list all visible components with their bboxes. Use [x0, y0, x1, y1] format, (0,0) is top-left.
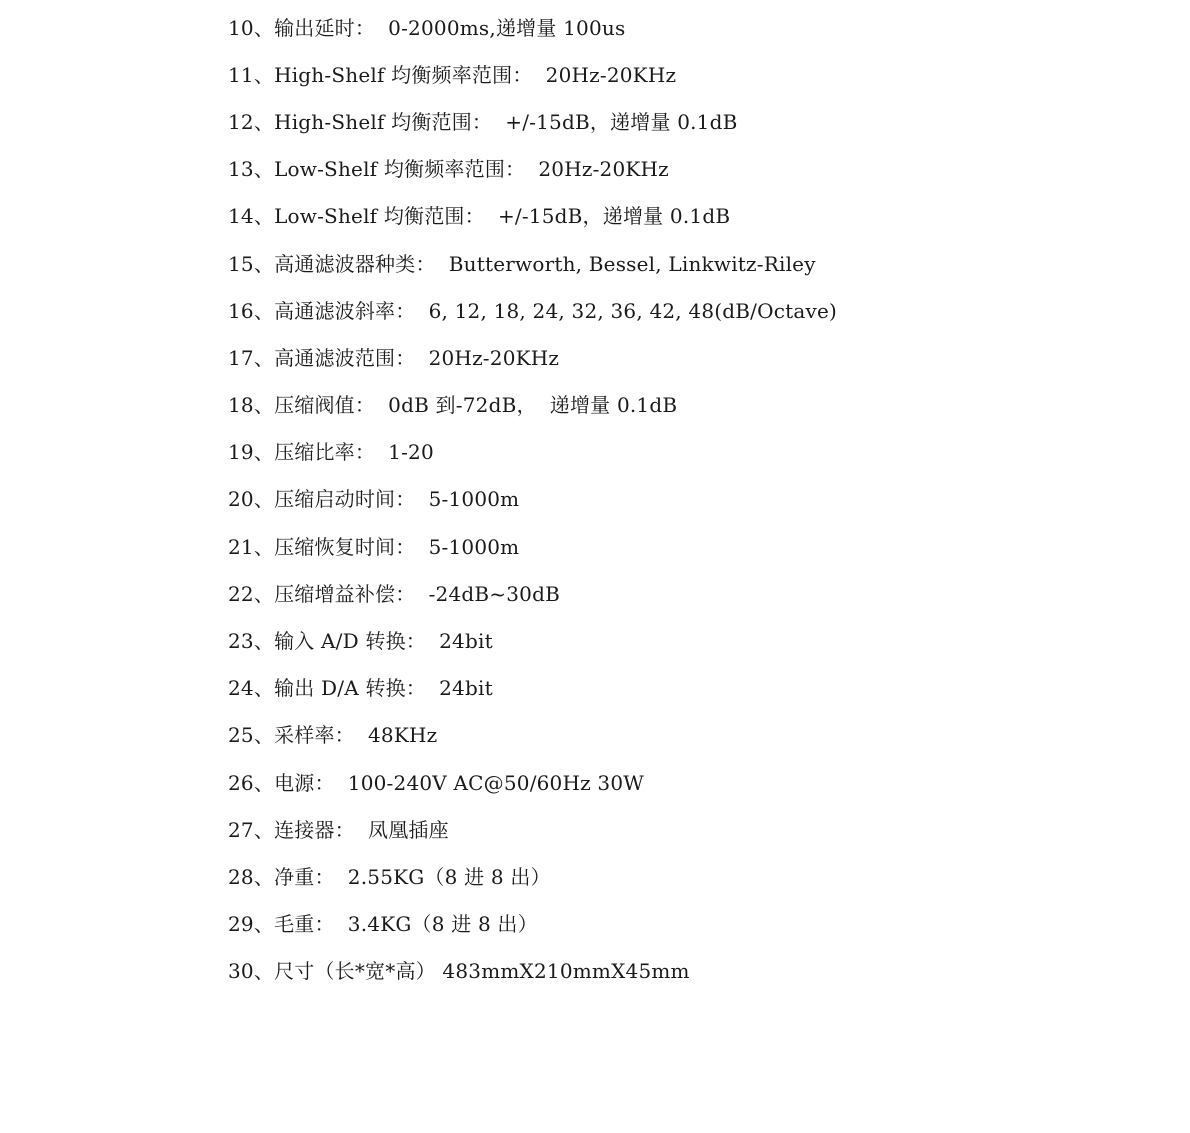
item-number: 26	[228, 768, 254, 798]
spec-item-comp-makeup-gain: 22、压缩增益补偿： -24dB~30dB	[228, 570, 837, 617]
spec-item-power: 26、电源： 100-240V AC@50/60Hz 30W	[228, 759, 837, 806]
item-value: 48KHz	[355, 720, 437, 750]
item-value: 0dB 到-72dB， 递增量 0.1dB	[375, 390, 677, 420]
item-number: 23	[228, 626, 254, 656]
spec-item-connector: 27、连接器： 凤凰插座	[228, 806, 837, 853]
item-number: 29	[228, 909, 254, 939]
item-separator: 、	[254, 673, 274, 703]
item-number: 25	[228, 720, 254, 750]
spec-item-comp-threshold: 18、压缩阀值： 0dB 到-72dB， 递增量 0.1dB	[228, 382, 837, 429]
item-separator: 、	[254, 296, 274, 326]
spec-item-gross-weight: 29、毛重： 3.4KG（8 进 8 出）	[228, 901, 837, 948]
item-separator: 、	[254, 579, 274, 609]
item-separator: 、	[254, 13, 274, 43]
spec-item-high-shelf-range: 12、High-Shelf 均衡范围： +/-15dB，递增量 0.1dB	[228, 98, 837, 145]
spec-item-sample-rate: 25、采样率： 48KHz	[228, 712, 837, 759]
spec-item-output-delay: 10、输出延时： 0-2000ms,递增量 100us	[228, 4, 837, 51]
spec-item-comp-ratio: 19、压缩比率： 1-20	[228, 429, 837, 476]
item-value: 20Hz-20KHz	[533, 60, 677, 90]
item-label: 高通滤波范围：	[274, 343, 415, 373]
item-number: 14	[228, 201, 254, 231]
item-value: 6, 12, 18, 24, 32, 36, 42, 48(dB/Octave)	[415, 296, 837, 326]
item-value: 凤凰插座	[355, 815, 449, 845]
item-separator: 、	[254, 201, 274, 231]
item-value: +/-15dB，递增量 0.1dB	[492, 107, 737, 137]
item-separator: 、	[254, 107, 274, 137]
item-number: 22	[228, 579, 254, 609]
item-separator: 、	[254, 532, 274, 562]
spec-list: 10、输出延时： 0-2000ms,递增量 100us 11、High-Shel…	[228, 4, 837, 995]
item-separator: 、	[254, 720, 274, 750]
item-separator: 、	[254, 343, 274, 373]
item-value: 1-20	[375, 437, 434, 467]
item-number: 13	[228, 154, 254, 184]
spec-item-comp-attack: 20、压缩启动时间： 5-1000m	[228, 476, 837, 523]
item-label: 输出 D/A 转换：	[274, 673, 426, 703]
item-value: 5-1000m	[415, 532, 519, 562]
item-value: 0-2000ms,递增量 100us	[375, 13, 625, 43]
item-label: 尺寸（长*宽*高）	[274, 956, 436, 986]
item-label: High-Shelf 均衡频率范围：	[274, 60, 532, 90]
item-label: 高通滤波斜率：	[274, 296, 415, 326]
item-number: 17	[228, 343, 254, 373]
item-value: 20Hz-20KHz	[415, 343, 559, 373]
item-label: 输出延时：	[274, 13, 375, 43]
item-number: 10	[228, 13, 254, 43]
item-label: 净重：	[274, 862, 335, 892]
item-number: 21	[228, 532, 254, 562]
item-number: 18	[228, 390, 254, 420]
item-number: 27	[228, 815, 254, 845]
item-label: Low-Shelf 均衡范围：	[274, 201, 485, 231]
item-number: 16	[228, 296, 254, 326]
item-label: 压缩比率：	[274, 437, 375, 467]
spec-item-hpf-range: 17、高通滤波范围： 20Hz-20KHz	[228, 334, 837, 381]
item-separator: 、	[254, 768, 274, 798]
item-value: 2.55KG（8 进 8 出）	[335, 862, 551, 892]
document-page: 10、输出延时： 0-2000ms,递增量 100us 11、High-Shel…	[0, 0, 1190, 1133]
item-value: 483mmX210mmX45mm	[436, 956, 690, 986]
spec-item-input-ad: 23、输入 A/D 转换： 24bit	[228, 617, 837, 664]
item-separator: 、	[254, 956, 274, 986]
item-separator: 、	[254, 909, 274, 939]
item-number: 24	[228, 673, 254, 703]
item-label: 连接器：	[274, 815, 355, 845]
item-separator: 、	[254, 154, 274, 184]
item-label: 毛重：	[274, 909, 335, 939]
item-label: 输入 A/D 转换：	[274, 626, 426, 656]
spec-item-high-shelf-freq: 11、High-Shelf 均衡频率范围： 20Hz-20KHz	[228, 51, 837, 98]
spec-item-low-shelf-freq: 13、Low-Shelf 均衡频率范围： 20Hz-20KHz	[228, 146, 837, 193]
item-label: 高通滤波器种类：	[274, 249, 436, 279]
item-separator: 、	[254, 60, 274, 90]
item-value: 20Hz-20KHz	[525, 154, 669, 184]
item-label: 压缩增益补偿：	[274, 579, 415, 609]
item-number: 28	[228, 862, 254, 892]
item-separator: 、	[254, 484, 274, 514]
item-number: 19	[228, 437, 254, 467]
item-label: High-Shelf 均衡范围：	[274, 107, 492, 137]
item-value: 3.4KG（8 进 8 出）	[335, 909, 538, 939]
item-label: 电源：	[274, 768, 335, 798]
item-label: 压缩恢复时间：	[274, 532, 415, 562]
item-value: 24bit	[426, 626, 493, 656]
item-value: Butterworth, Bessel, Linkwitz-Riley	[436, 249, 816, 279]
item-separator: 、	[254, 437, 274, 467]
item-label: 压缩启动时间：	[274, 484, 415, 514]
item-number: 12	[228, 107, 254, 137]
item-separator: 、	[254, 390, 274, 420]
item-number: 20	[228, 484, 254, 514]
item-separator: 、	[254, 862, 274, 892]
item-separator: 、	[254, 249, 274, 279]
item-label: Low-Shelf 均衡频率范围：	[274, 154, 525, 184]
item-number: 11	[228, 60, 254, 90]
item-label: 压缩阀值：	[274, 390, 375, 420]
item-value: +/-15dB，递增量 0.1dB	[485, 201, 730, 231]
spec-item-hpf-type: 15、高通滤波器种类： Butterworth, Bessel, Linkwit…	[228, 240, 837, 287]
spec-item-dimensions: 30、尺寸（长*宽*高） 483mmX210mmX45mm	[228, 948, 837, 995]
spec-item-low-shelf-range: 14、Low-Shelf 均衡范围： +/-15dB，递增量 0.1dB	[228, 193, 837, 240]
item-value: 5-1000m	[415, 484, 519, 514]
item-value: -24dB~30dB	[415, 579, 560, 609]
item-separator: 、	[254, 815, 274, 845]
item-number: 15	[228, 249, 254, 279]
spec-item-output-da: 24、输出 D/A 转换： 24bit	[228, 665, 837, 712]
spec-item-comp-release: 21、压缩恢复时间： 5-1000m	[228, 523, 837, 570]
item-value: 24bit	[426, 673, 493, 703]
item-number: 30	[228, 956, 254, 986]
item-value: 100-240V AC@50/60Hz 30W	[335, 768, 644, 798]
spec-item-hpf-slope: 16、高通滤波斜率： 6, 12, 18, 24, 32, 36, 42, 48…	[228, 287, 837, 334]
item-separator: 、	[254, 626, 274, 656]
spec-item-net-weight: 28、净重： 2.55KG（8 进 8 出）	[228, 853, 837, 900]
item-label: 采样率：	[274, 720, 355, 750]
